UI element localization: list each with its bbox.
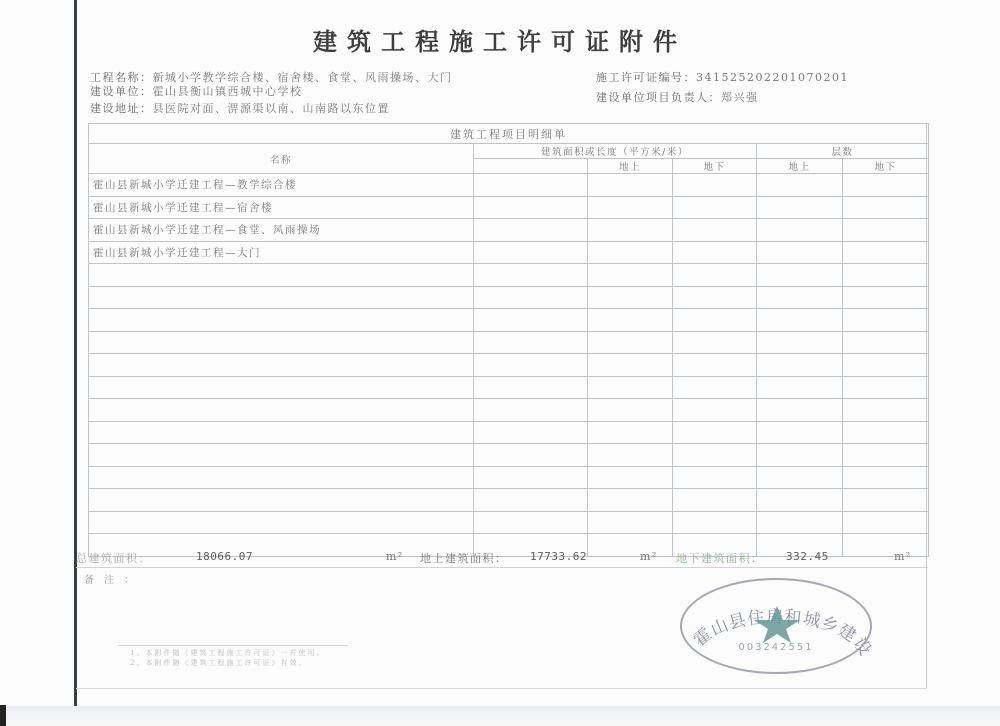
table-row: 霍山县新城小学迁建工程—大门 [89,241,929,264]
table-row-empty [89,399,929,422]
header-area: 建筑面积或长度（平方米/米） [474,144,757,159]
table-row: 霍山县新城小学迁建工程—宿舍楼 [89,196,929,219]
below-area-label: 地下建筑面积： [676,550,764,566]
empty-rows [89,264,929,557]
project-leader-value: 郑兴强 [721,91,759,104]
project-detail-table: 建筑工程项目明细单 名称 建筑面积或长度（平方米/米） 层数 地上 地下 地上 … [88,123,929,557]
header-floors: 层数 [757,144,929,159]
above-area-unit: m² [640,550,658,563]
above-area-value: 17733.62 [530,550,587,563]
table-row-empty [89,309,929,332]
builder-field: 建设单位：霍山县衡山镇西城中心学校 [90,83,303,99]
header-floors-below: 地下 [843,159,929,174]
table-row-empty [89,444,929,467]
notes-divider [118,645,348,646]
row-name: 霍山县新城小学迁建工程—大门 [89,241,474,264]
scan-page-edge [74,0,77,706]
project-leader-label: 建设单位项目负责人： [596,91,721,104]
project-leader-field: 建设单位项目负责人：郑兴强 [596,89,759,105]
header-area-above: 地上 [588,159,673,174]
table-row: 霍山县新城小学迁建工程—教学综合楼 [89,174,929,197]
seal-code: 003242551 [682,642,870,653]
scan-bottom-shadow [0,706,1000,726]
header-area-below: 地下 [673,159,757,174]
address-value: 县医院对面、淠源渠以南、山南路以东位置 [153,102,391,115]
star-icon [752,604,802,644]
table-caption: 建筑工程项目明细单 [89,124,929,144]
totals-row: 总建筑面积： 18066.07 m² 地上建筑面积： 17733.62 m² 地… [76,546,928,568]
table-row-empty [89,376,929,399]
row-name: 霍山县新城小学迁建工程—宿舍楼 [89,196,474,219]
official-seal: 霍山县住房和城乡建设局 003242551 [680,578,872,674]
table-row-empty [89,421,929,444]
above-area-label: 地上建筑面积： [420,550,508,566]
table-row-empty [89,286,929,309]
total-area-label: 总建筑面积： [76,550,151,566]
notes: 1、本附件随《建筑工程施工许可证》一并使用。 2、本附件随《建筑工程施工许可证》… [130,648,325,668]
frame-right-border [926,123,927,688]
header-area-blank [474,159,588,174]
total-area-unit: m² [386,550,404,563]
permit-number-label: 施工许可证编号： [596,71,696,84]
below-area-unit: m² [894,550,912,563]
frame-bottom-border [76,688,927,689]
builder-label: 建设单位： [90,85,153,98]
table-row-empty [89,354,929,377]
permit-number-value: 341525202201070201 [696,71,849,84]
total-area-value: 18066.07 [196,550,253,563]
table-row-empty [89,466,929,489]
below-area-value: 332.45 [786,550,829,563]
table-row-empty [89,331,929,354]
table-row: 霍山县新城小学迁建工程—食堂、风雨操场 [89,219,929,242]
row-name: 霍山县新城小学迁建工程—食堂、风雨操场 [89,219,474,242]
remark-label: 备注： [84,571,144,586]
address-field: 建设地址：县医院对面、淠源渠以南、山南路以东位置 [90,100,390,116]
header-floors-above: 地上 [757,159,843,174]
document-title: 建筑工程施工许可证附件 [0,22,1000,57]
table-row-empty [89,264,929,287]
builder-value: 霍山县衡山镇西城中心学校 [153,85,303,98]
note-2: 2、本附件随《建筑工程施工许可证》有效。 [130,658,325,668]
scan-corner [0,705,6,726]
note-1: 1、本附件随《建筑工程施工许可证》一并使用。 [130,648,325,658]
table-row-empty [89,511,929,534]
row-name: 霍山县新城小学迁建工程—教学综合楼 [89,174,474,197]
table-row-empty [89,489,929,512]
permit-number-field: 施工许可证编号：341525202201070201 [596,69,849,85]
header-name: 名称 [89,144,474,174]
address-label: 建设地址： [90,102,153,115]
